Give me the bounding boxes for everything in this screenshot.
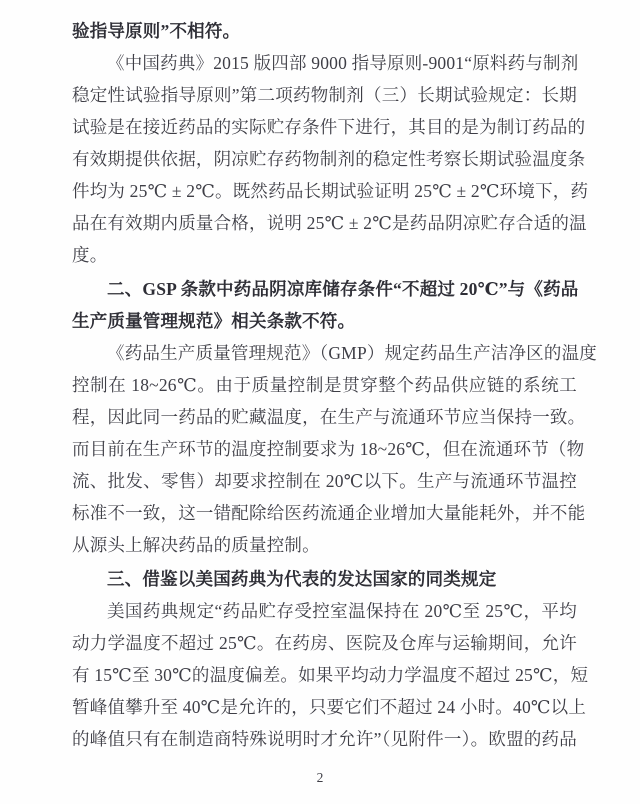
document-section-heading: 三、借鉴以美国药典为代表的发达国家的同类规定 [72, 563, 577, 595]
document-page: 验指导原则”不相符。 《中国药典》2015 版四部 9000 指导原则-9001… [0, 0, 640, 804]
document-line: 标准不一致，这一错配除给医药流通企业增加大量能耗外，并不能 [72, 497, 577, 529]
document-line: 《药品生产质量管理规范》（GMP）规定药品生产洁净区的温度 [72, 337, 577, 369]
document-line: 美国药典规定“药品贮存受控室温保持在 20℃至 25℃，平均 [72, 595, 577, 627]
document-line: 件均为 25℃ ± 2℃。既然药品长期试验证明 25℃ ± 2℃环境下，药 [72, 175, 577, 207]
document-line: 有效期提供依据，阴凉贮存药物制剂的稳定性考察长期试验温度条 [72, 143, 577, 175]
document-section-heading: 生产质量管理规范》相关条款不符。 [72, 305, 577, 337]
document-line: 验指导原则”不相符。 [72, 15, 577, 47]
document-section-heading: 二、GSP 条款中药品阴凉库储存条件“不超过 20℃”与《药品 [72, 273, 577, 305]
document-line: 流、批发、零售）却要求控制在 20℃以下。生产与流通环节温控 [72, 465, 577, 497]
document-line: 动力学温度不超过 25℃。在药房、医院及仓库与运输期间，允许 [72, 627, 577, 659]
document-line: 度。 [72, 239, 577, 271]
document-text-block: 验指导原则”不相符。 《中国药典》2015 版四部 9000 指导原则-9001… [72, 15, 577, 755]
document-line: 控制在 18~26℃。由于质量控制是贯穿整个药品供应链的系统工 [72, 369, 577, 401]
document-line: 而目前在生产环节的温度控制要求为 18~26℃，但在流通环节（物 [72, 433, 577, 465]
document-line: 稳定性试验指导原则”第二项药物制剂（三）长期试验规定：长期 [72, 79, 577, 111]
document-line: 的峰值只有在制造商特殊说明时才允许”（见附件一）。欧盟的药品 [72, 723, 577, 755]
document-line: 从源头上解决药品的质量控制。 [72, 529, 577, 561]
document-line: 《中国药典》2015 版四部 9000 指导原则-9001“原料药与制剂 [72, 47, 577, 79]
document-line: 试验是在接近药品的实际贮存条件下进行，其目的是为制订药品的 [72, 111, 577, 143]
document-line: 程，因此同一药品的贮藏温度，在生产与流通环节应当保持一致。 [72, 401, 577, 433]
page-number: 2 [0, 770, 640, 786]
document-line: 品在有效期内质量合格，说明 25℃ ± 2℃是药品阴凉贮存合适的温 [72, 207, 577, 239]
document-line: 暂峰值攀升至 40℃是允许的，只要它们不超过 24 小时。40℃以上 [72, 691, 577, 723]
document-line: 有 15℃至 30℃的温度偏差。如果平均动力学温度不超过 25℃，短 [72, 659, 577, 691]
